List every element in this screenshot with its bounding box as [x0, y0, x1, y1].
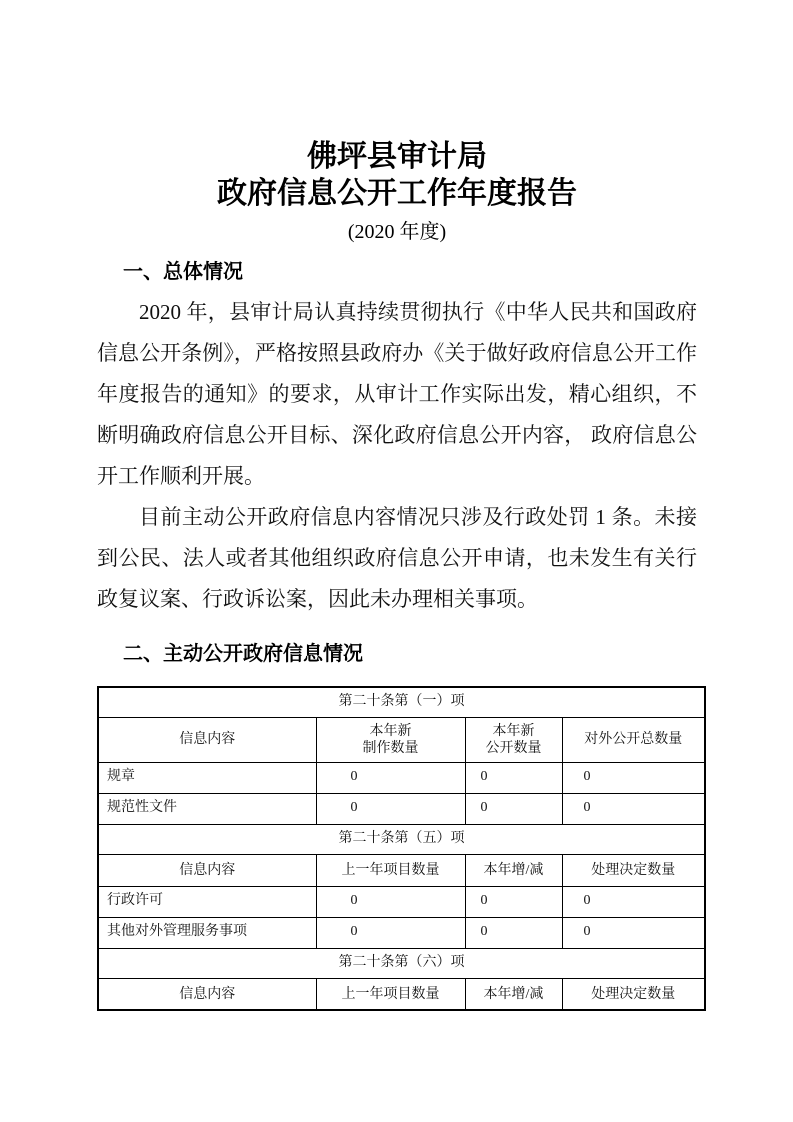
table-row: 信息内容 本年新 制作数量 本年新 公开数量 对外公开总数量 — [98, 717, 705, 762]
header-cell: 本年增/减 — [465, 978, 562, 1010]
header-cell: 上一年项目数量 — [316, 854, 465, 886]
value-cell: 0 — [316, 793, 465, 824]
value-cell: 0 — [316, 886, 465, 917]
table-row: 第二十条第（五）项 — [98, 824, 705, 854]
header-cell: 信息内容 — [98, 854, 316, 886]
table-row: 信息内容 上一年项目数量 本年增/减 处理决定数量 — [98, 854, 705, 886]
section-1-heading: 一、总体情况 — [123, 260, 704, 284]
value-cell: 0 — [316, 917, 465, 948]
table-row: 其他对外管理服务事项 0 0 0 — [98, 917, 705, 948]
disclosure-table: 第二十条第（一）项 信息内容 本年新 制作数量 本年新 公开数量 对外公开总数量… — [97, 686, 706, 1011]
label-cell: 规范性文件 — [98, 793, 316, 824]
value-cell: 0 — [562, 793, 705, 824]
header-cell: 信息内容 — [98, 978, 316, 1010]
header-cell: 信息内容 — [98, 717, 316, 762]
value-cell: 0 — [562, 917, 705, 948]
report-title: 佛坪县审计局 政府信息公开工作年度报告 — [97, 138, 697, 212]
table-row: 规范性文件 0 0 0 — [98, 793, 705, 824]
table-row: 第二十条第（一）项 — [98, 687, 705, 717]
header-cell: 本年新 制作数量 — [316, 717, 465, 762]
value-cell: 0 — [316, 762, 465, 793]
header-cell: 本年增/减 — [465, 854, 562, 886]
table-row: 行政许可 0 0 0 — [98, 886, 705, 917]
label-cell: 其他对外管理服务事项 — [98, 917, 316, 948]
report-title-line1: 佛坪县审计局 — [97, 138, 697, 175]
header-cell: 本年新 公开数量 — [465, 717, 562, 762]
report-subtitle: (2020 年度) — [97, 220, 697, 244]
label-cell: 行政许可 — [98, 886, 316, 917]
section-1-paragraph-1: 2020 年，县审计局认真持续贯彻执行《中华人民共和国政府信息公开条例》，严格按… — [97, 292, 697, 497]
section-1-paragraph-2: 目前主动公开政府信息内容情况只涉及行政处罚 1 条。未接到公民、法人或者其他组织… — [97, 497, 697, 620]
header-cell: 上一年项目数量 — [316, 978, 465, 1010]
header-cell: 处理决定数量 — [562, 978, 705, 1010]
article-20-item-5-title: 第二十条第（五）项 — [98, 824, 705, 854]
report-title-line2: 政府信息公开工作年度报告 — [97, 175, 697, 212]
value-cell: 0 — [465, 886, 562, 917]
section-2-heading: 二、主动公开政府信息情况 — [123, 642, 704, 666]
value-cell: 0 — [562, 762, 705, 793]
table-row: 第二十条第（六）项 — [98, 948, 705, 978]
value-cell: 0 — [465, 793, 562, 824]
value-cell: 0 — [562, 886, 705, 917]
value-cell: 0 — [465, 762, 562, 793]
table-row: 信息内容 上一年项目数量 本年增/减 处理决定数量 — [98, 978, 705, 1010]
report-page: 佛坪县审计局 政府信息公开工作年度报告 (2020 年度) 一、总体情况 202… — [97, 138, 704, 1011]
article-20-item-6-title: 第二十条第（六）项 — [98, 948, 705, 978]
table-row: 规章 0 0 0 — [98, 762, 705, 793]
header-cell: 处理决定数量 — [562, 854, 705, 886]
header-cell: 对外公开总数量 — [562, 717, 705, 762]
article-20-item-1-title: 第二十条第（一）项 — [98, 687, 705, 717]
label-cell: 规章 — [98, 762, 316, 793]
value-cell: 0 — [465, 917, 562, 948]
